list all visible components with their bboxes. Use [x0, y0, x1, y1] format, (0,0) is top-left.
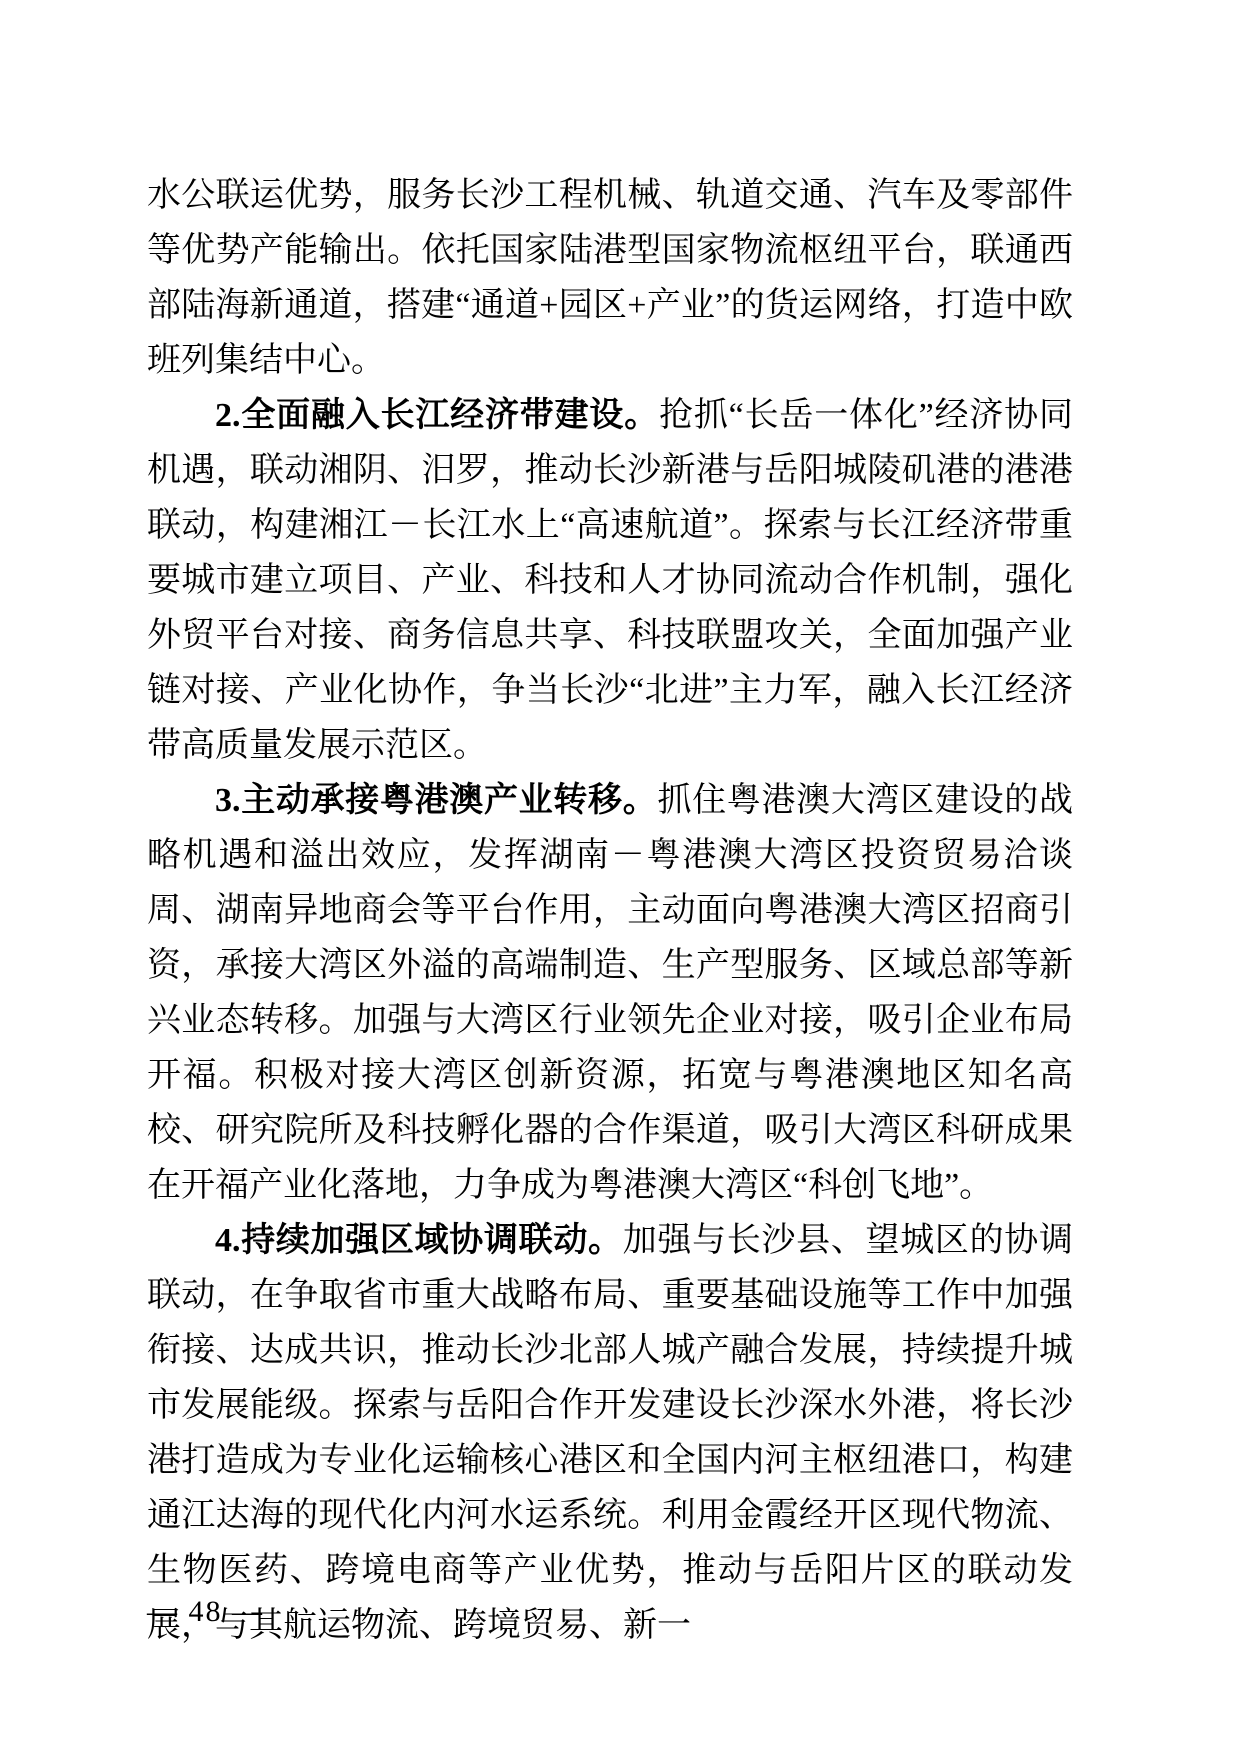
paragraph: 4.持续加强区域协调联动。加强与长沙县、望城区的协调联动，在争取省市重大战略布局…: [147, 1213, 1073, 1653]
document-body: 水公联运优势，服务长沙工程机械、轨道交通、汽车及零部件等优势产能输出。依托国家陆…: [147, 168, 1073, 1653]
paragraph-lead: 4.持续加强区域协调联动。: [215, 1222, 623, 1259]
document-page: 水公联运优势，服务长沙工程机械、轨道交通、汽车及零部件等优势产能输出。依托国家陆…: [0, 0, 1241, 1754]
paragraph-text: 抢抓“长岳一体化”经济协同机遇，联动湘阴、汨罗，推动长沙新港与岳阳城陵矶港的港港…: [147, 397, 1073, 764]
paragraph-text: 水公联运优势，服务长沙工程机械、轨道交通、汽车及零部件等优势产能输出。依托国家陆…: [147, 177, 1073, 379]
paragraph: 2.全面融入长江经济带建设。抢抓“长岳一体化”经济协同机遇，联动湘阴、汨罗，推动…: [147, 388, 1073, 773]
page-footer: — 48 —: [147, 1592, 264, 1632]
paragraph-lead: 2.全面融入长江经济带建设。: [215, 397, 659, 434]
paragraph: 水公联运优势，服务长沙工程机械、轨道交通、汽车及零部件等优势产能输出。依托国家陆…: [147, 168, 1073, 388]
paragraph-text: 加强与长沙县、望城区的协调联动，在争取省市重大战略布局、重要基础设施等工作中加强…: [147, 1222, 1073, 1644]
paragraph-lead: 3.主动承接粤港澳产业转移。: [215, 782, 657, 819]
paragraph: 3.主动承接粤港澳产业转移。抓住粤港澳大湾区建设的战略机遇和溢出效应，发挥湖南－…: [147, 773, 1073, 1213]
page-number: — 48 —: [147, 1595, 264, 1628]
paragraph-text: 抓住粤港澳大湾区建设的战略机遇和溢出效应，发挥湖南－粤港澳大湾区投资贸易洽谈周、…: [147, 782, 1073, 1204]
